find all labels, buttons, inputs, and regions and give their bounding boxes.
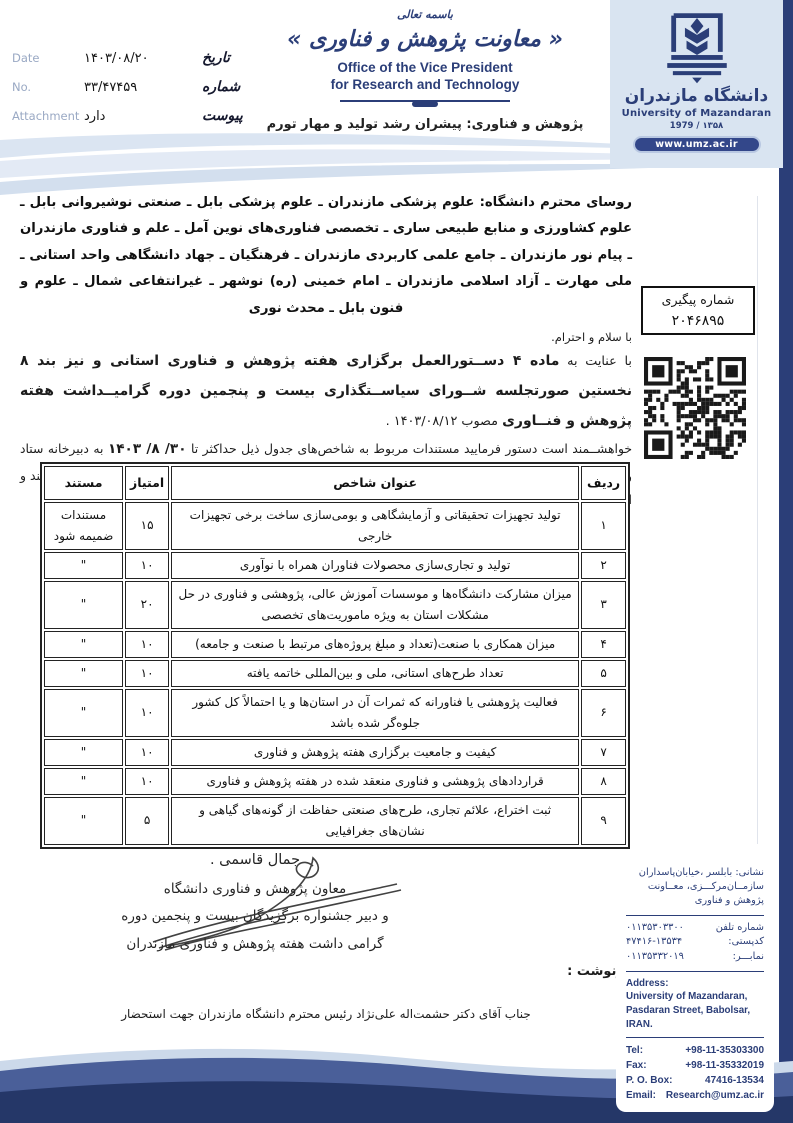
fax-value-en: +98-11-35332019 xyxy=(685,1058,764,1073)
university-logo-icon xyxy=(662,10,732,84)
address-en-line1: University of Mazandaran, xyxy=(626,990,764,1004)
content-sidebar-divider xyxy=(757,196,758,844)
fax-row-en: Fax: +98-11-35332019 xyxy=(626,1058,764,1073)
title-underline-tab xyxy=(412,101,438,107)
university-name-fa: دانشگاه مازندران xyxy=(610,86,783,106)
indicators-table-wrapper: ردیف عنوان شاخص امتیاز مستند ۱ تولید تجه… xyxy=(40,462,630,849)
table-row: ۱ تولید تجهیزات تحقیقاتی و آزمایشگاهی و … xyxy=(44,502,626,550)
phone-value-fa: ۰۱۱۳۵۳۰۳۳۰۰ xyxy=(626,921,684,936)
office-title-en-line1: Office of the Vice President xyxy=(252,60,598,77)
card-divider-2 xyxy=(626,971,764,972)
address-fa: نشانی: بابلسر ،خیابان‌پاسداران سازمــان‌… xyxy=(626,866,764,909)
meta-row-number: No. ۳۳/۴۷۴۵۹ شماره xyxy=(12,79,250,108)
p2-lead: خواهشــمند است دستور فرمایید مستندات مرب… xyxy=(187,441,633,456)
right-edge-bar xyxy=(779,0,793,1123)
letter-meta-block: Date ۱۴۰۳/۰۸/۲۰ تاریخ No. ۳۳/۴۷۴۵۹ شماره… xyxy=(12,50,250,137)
slogan-text: پژوهش و فناوری: پیشران رشد تولید و مهار … xyxy=(252,117,598,132)
date-label-fa: تاریخ xyxy=(202,50,250,66)
p2-bold-date: ۳۰/ ۸/ ۱۴۰۳ xyxy=(108,441,187,457)
card-divider-1 xyxy=(626,915,764,916)
table-row: ۷ کیفیت و جامعیت برگزاری هفته پژوهش و فن… xyxy=(44,739,626,766)
university-logo-panel: دانشگاه مازندران University of Mazandara… xyxy=(610,0,783,168)
table-header-row: ردیف عنوان شاخص امتیاز مستند xyxy=(44,466,626,500)
pobox-label-en: P. O. Box: xyxy=(626,1073,673,1088)
letterhead-center: باسمه تعالی « معاونت پژوهش و فناوری » Of… xyxy=(252,8,598,132)
table-row: ۲ تولید و تجاری‌سازی محصولات فناوران همر… xyxy=(44,552,626,579)
bismillah-text: باسمه تعالی xyxy=(252,8,598,21)
fax-row-fa: نمابـــر: ۰۱۱۳۵۳۳۲۰۱۹ xyxy=(626,950,764,965)
phone-row-fa: شماره تلفن ۰۱۱۳۵۳۰۳۳۰۰ xyxy=(626,921,764,936)
tel-row-en: Tel: +98-11-35303300 xyxy=(626,1043,764,1058)
official-letter-page: Date ۱۴۰۳/۰۸/۲۰ تاریخ No. ۳۳/۴۷۴۵۹ شماره… xyxy=(0,0,793,1123)
table-row: ۹ ثبت اختراع، علائم تجاری، طرح‌های صنعتی… xyxy=(44,797,626,845)
indicator-rows: ۱ تولید تجهیزات تحقیقاتی و آزمایشگاهی و … xyxy=(44,502,626,845)
contact-info-card: نشانی: بابلسر ،خیابان‌پاسداران سازمــان‌… xyxy=(616,856,774,1112)
title-underline xyxy=(340,100,510,102)
fax-value-fa: ۰۱۱۳۵۳۳۲۰۱۹ xyxy=(626,950,684,965)
table-row: ۳ میزان مشارکت دانشگاه‌ها و موسسات آموزش… xyxy=(44,581,626,629)
table-row: ۵ تعداد طرح‌های استانی، ملی و بین‌المللی… xyxy=(44,660,626,687)
tracking-number-label: شماره پیگیری xyxy=(649,292,747,307)
number-value: ۳۳/۴۷۴۵۹ xyxy=(84,80,202,95)
p1-lead: با عنایت به xyxy=(559,354,632,369)
university-name-en: University of Mazandaran xyxy=(610,108,783,119)
col-header-row-number: ردیف xyxy=(581,466,626,500)
pobox-value-en: 47416-13534 xyxy=(705,1073,764,1088)
email-label-en: Email: xyxy=(626,1088,656,1103)
cc-label: رونوشت : xyxy=(20,964,632,979)
pobox-row-en: P. O. Box: 47416-13534 xyxy=(626,1073,764,1088)
attachment-label-en: Attachment xyxy=(12,109,84,123)
address-fa-line2: سازمــان‌مرکـــزی، معــاونت xyxy=(626,880,764,894)
postal-label-fa: کدپستی: xyxy=(728,935,764,950)
phone-label-fa: شماره تلفن xyxy=(716,921,764,936)
email-row-en: Email: Research@umz.ac.ir xyxy=(626,1088,764,1103)
fax-label-en: Fax: xyxy=(626,1058,647,1073)
card-divider-3 xyxy=(626,1037,764,1038)
signature-scribble xyxy=(135,856,415,951)
department-title-fa: « معاونت پژوهش و فناوری » xyxy=(252,27,598,52)
table-row: ۴ میزان همکاری با صنعت(تعداد و مبلغ پروژ… xyxy=(44,631,626,658)
col-header-score: امتیاز xyxy=(125,466,169,500)
attachment-value: دارد xyxy=(84,109,202,124)
address-en-label: Address: xyxy=(626,977,764,991)
body-paragraph-1: با عنایت به ماده ۴ دســتورالعمل برگزاری … xyxy=(20,346,632,436)
col-header-document: مستند xyxy=(44,466,123,500)
postal-value-fa: ۴۷۴۱۶-۱۳۵۳۴ xyxy=(626,935,682,950)
attachment-label-fa: پیوست xyxy=(202,108,250,124)
tel-label-en: Tel: xyxy=(626,1043,643,1058)
office-title-en: Office of the Vice President for Researc… xyxy=(252,60,598,94)
salutation-line: با سلام و احترام. xyxy=(20,330,632,344)
date-value: ۱۴۰۳/۰۸/۲۰ xyxy=(84,51,202,66)
indicators-table: ردیف عنوان شاخص امتیاز مستند ۱ تولید تجه… xyxy=(40,462,630,849)
fax-label-fa: نمابـــر: xyxy=(733,950,764,965)
p1-tail: مصوب ۱۴۰۳/۰۸/۱۲ . xyxy=(386,414,503,429)
address-en: Address: University of Mazandaran, Pasda… xyxy=(626,977,764,1032)
university-url-pill: www.umz.ac.ir xyxy=(633,136,761,153)
cc-recipient-line: جناب آقای دکتر حشمت‌اله علی‌نژاد رئیس مح… xyxy=(20,1007,632,1021)
p1-bold: ماده ۴ دســتورالعمل برگزاری هفته پژوهش و… xyxy=(20,353,632,429)
qr-code xyxy=(644,357,746,459)
col-header-indicator-title: عنوان شاخص xyxy=(171,466,579,500)
table-row: ۸ قراردادهای پژوهشی و فناوری منعقد شده د… xyxy=(44,768,626,795)
postal-row-fa: کدپستی: ۴۷۴۱۶-۱۳۵۳۴ xyxy=(626,935,764,950)
university-founding-year: 1979 / ۱۳۵۸ xyxy=(610,121,783,131)
tracking-number-box: شماره پیگیری ۲۰۴۶۸۹۵ xyxy=(641,286,755,335)
recipients-paragraph: روسای محترم دانشگاه: علوم پزشکی مازندران… xyxy=(20,190,632,322)
meta-row-date: Date ۱۴۰۳/۰۸/۲۰ تاریخ xyxy=(12,50,250,79)
address-fa-line1: نشانی: بابلسر ،خیابان‌پاسداران xyxy=(626,866,764,880)
tel-value-en: +98-11-35303300 xyxy=(685,1043,764,1058)
meta-row-attachment: Attachment دارد پیوست xyxy=(12,108,250,137)
number-label-en: No. xyxy=(12,80,84,94)
tracking-number-value: ۲۰۴۶۸۹۵ xyxy=(649,313,747,329)
email-value-en: Research@umz.ac.ir xyxy=(666,1088,764,1103)
address-en-line2: Pasdaran Street, Babolsar, xyxy=(626,1004,764,1018)
cc-section: رونوشت : جناب آقای دکتر حشمت‌اله علی‌نژا… xyxy=(20,964,632,1021)
date-label-en: Date xyxy=(12,51,84,65)
office-title-en-line2: for Research and Technology xyxy=(252,77,598,94)
address-fa-line3: پژوهش و فناوری xyxy=(626,894,764,908)
address-en-line3: IRAN. xyxy=(626,1018,764,1032)
table-row: ۶ فعالیت پژوهشی یا فناورانه که ثمرات آن … xyxy=(44,689,626,737)
number-label-fa: شماره xyxy=(202,79,250,95)
